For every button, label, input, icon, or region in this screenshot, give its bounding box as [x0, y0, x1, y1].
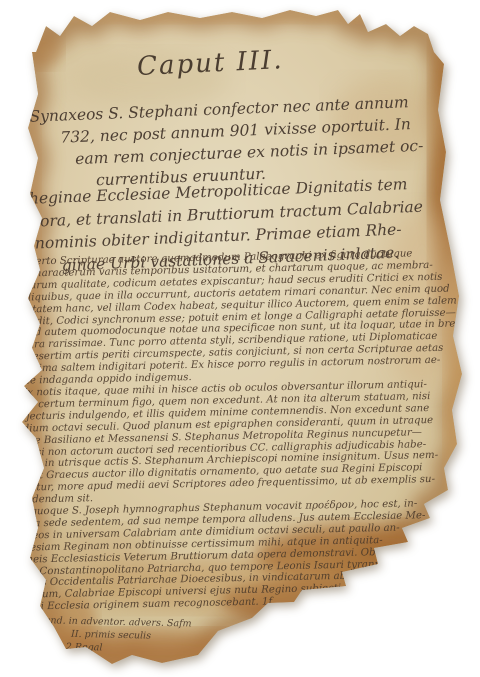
- paper-shadow: Caput III. Synaxeos S. Stephani confecto…: [0, 0, 480, 677]
- body-text: 1. Incerto Scripturae auctore quemadmodu…: [13, 247, 480, 614]
- footnote-fragment: mund. in adventor. advers. Safm II. prim…: [35, 614, 192, 657]
- manuscript-text: Caput III. Synaxeos S. Stephani confecto…: [0, 0, 480, 677]
- chapter-heading: Caput III.: [136, 45, 284, 82]
- section-number: 1.: [1, 258, 11, 270]
- manuscript-scan: Caput III. Synaxeos S. Stephani confecto…: [0, 0, 480, 677]
- footnote-line: d 2 Regal: [57, 640, 192, 656]
- torn-parchment-page: Caput III. Synaxeos S. Stephani confecto…: [0, 0, 480, 677]
